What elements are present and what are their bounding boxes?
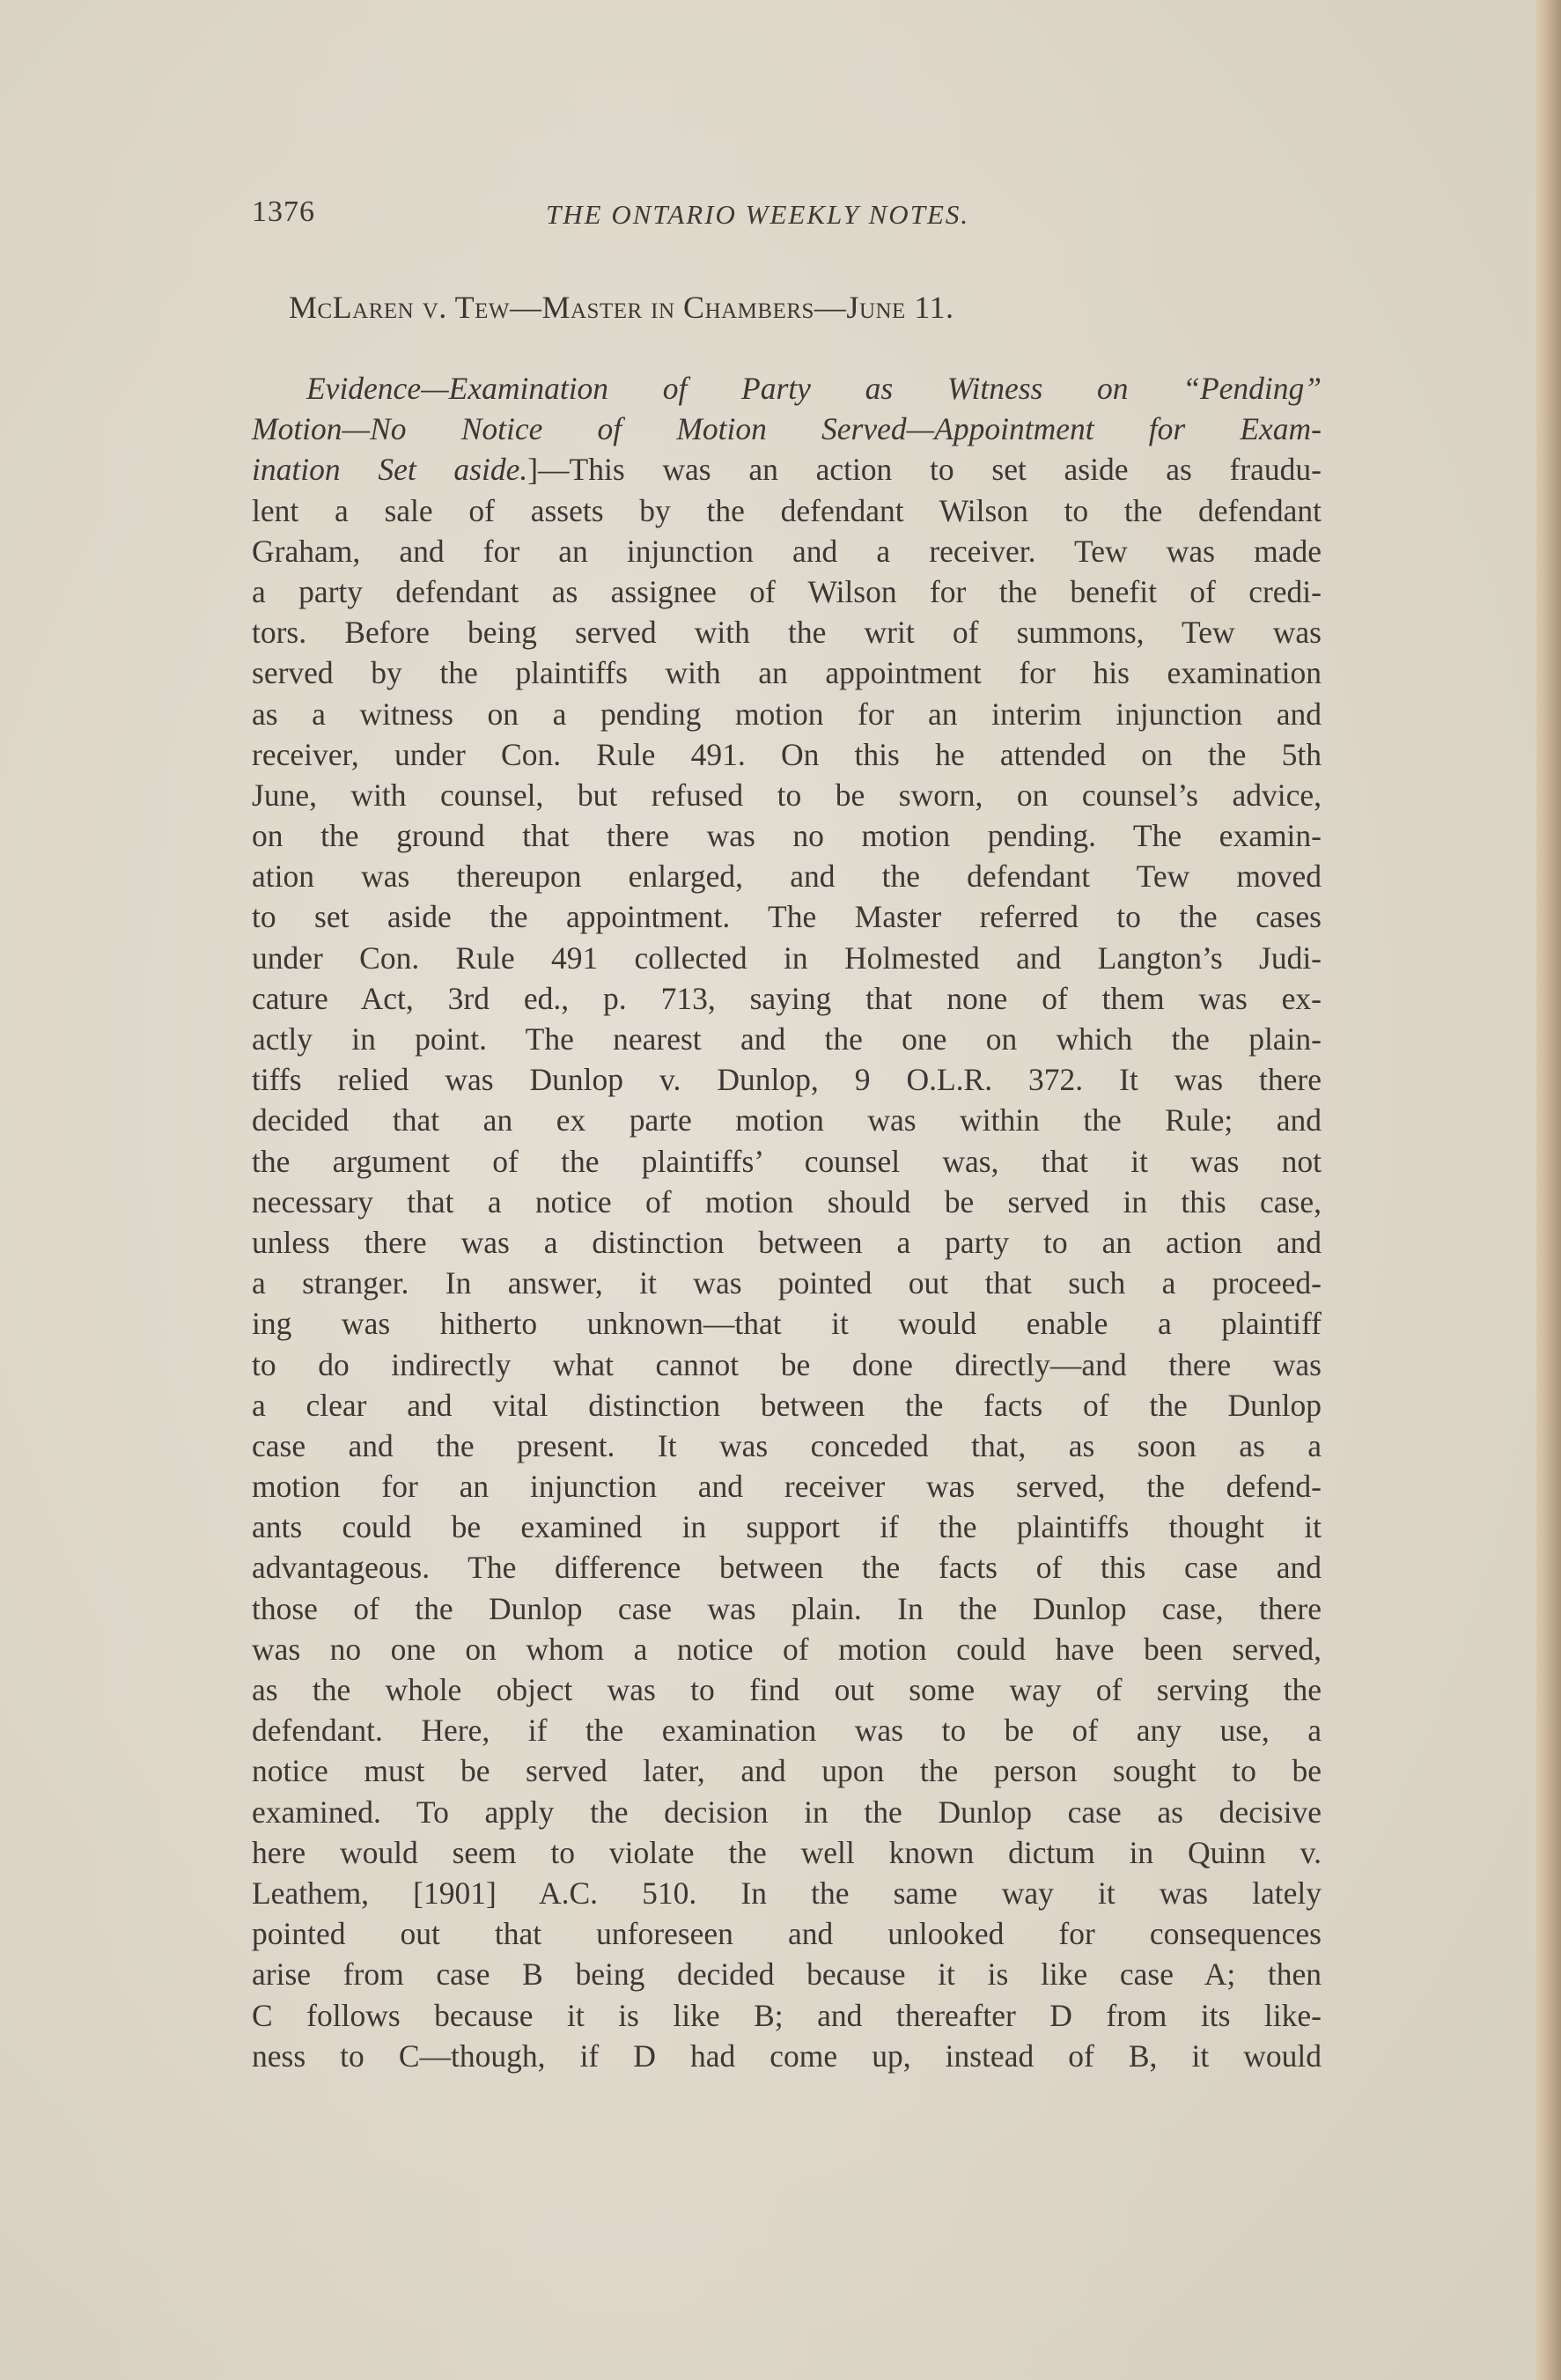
text-line: ing was hitherto unknown—that it would e… bbox=[252, 1303, 1322, 1344]
text-line: decided that an ex parte motion was with… bbox=[252, 1100, 1322, 1140]
text-line: notice must be served later, and upon th… bbox=[252, 1750, 1322, 1791]
text-line: those of the Dunlop case was plain. In t… bbox=[252, 1588, 1322, 1629]
text-line: a clear and vital distinction between th… bbox=[252, 1385, 1322, 1426]
text-line: necessary that a notice of motion should… bbox=[252, 1182, 1322, 1222]
journal-title: THE ONTARIO WEEKLY NOTES. bbox=[546, 199, 969, 231]
text-line: examined. To apply the decision in the D… bbox=[252, 1792, 1322, 1832]
text-line: ination Set aside.]—This was an action t… bbox=[252, 449, 1322, 490]
text-line: pointed out that unforeseen and unlooked… bbox=[252, 1913, 1322, 1954]
text-line: unless there was a distinction between a… bbox=[252, 1222, 1322, 1263]
text-line: C follows because it is like B; and ther… bbox=[252, 1995, 1322, 2036]
text-line: defendant. Here, if the examination was … bbox=[252, 1710, 1322, 1750]
text-line: advantageous. The difference between the… bbox=[252, 1547, 1322, 1588]
text-line: the argument of the plaintiffs’ counsel … bbox=[252, 1141, 1322, 1182]
text-line: actly in point. The nearest and the one … bbox=[252, 1019, 1322, 1059]
text-line: case and the present. It was conceded th… bbox=[252, 1426, 1322, 1466]
text-line: Graham, and for an injunction and a rece… bbox=[252, 531, 1322, 571]
text-line: motion for an injunction and receiver wa… bbox=[252, 1466, 1322, 1507]
text-line: arise from case B being decided because … bbox=[252, 1954, 1322, 1994]
running-head: 1376 THE ONTARIO WEEKLY NOTES. bbox=[252, 195, 1326, 239]
text-line: as the whole object was to find out some… bbox=[252, 1669, 1322, 1710]
text-line: under Con. Rule 491 collected in Holmest… bbox=[252, 938, 1322, 978]
text-line: tiffs relied was Dunlop v. Dunlop, 9 O.L… bbox=[252, 1059, 1322, 1100]
text-line: tors. Before being served with the writ … bbox=[252, 612, 1322, 652]
text-line: receiver, under Con. Rule 491. On this h… bbox=[252, 734, 1322, 775]
text-line: Evidence—Examination of Party as Witness… bbox=[252, 368, 1322, 409]
text-line: ness to C—though, if D had come up, inst… bbox=[252, 2036, 1322, 2076]
text-line: lent a sale of assets by the defendant W… bbox=[252, 490, 1322, 531]
text-line: to set aside the appointment. The Master… bbox=[252, 896, 1322, 937]
case-report-body: Evidence—Examination of Party as Witness… bbox=[252, 368, 1322, 2076]
text-line: was no one on whom a notice of motion co… bbox=[252, 1629, 1322, 1669]
text-line: ation was thereupon enlarged, and the de… bbox=[252, 856, 1322, 896]
case-heading: McLaren v. Tew—Master in Chambers—June 1… bbox=[289, 289, 1328, 326]
text-line: a party defendant as assignee of Wilson … bbox=[252, 571, 1322, 612]
text-line: a stranger. In answer, it was pointed ou… bbox=[252, 1263, 1322, 1303]
text-line: on the ground that there was no motion p… bbox=[252, 815, 1322, 856]
text-line: as a witness on a pending motion for an … bbox=[252, 694, 1322, 734]
text-line: cature Act, 3rd ed., p. 713, saying that… bbox=[252, 978, 1322, 1019]
text-line: to do indirectly what cannot be done dir… bbox=[252, 1345, 1322, 1385]
page-number: 1376 bbox=[252, 195, 315, 229]
text-line: Motion—No Notice of Motion Served—Appoin… bbox=[252, 409, 1322, 449]
text-line: Leathem, [1901] A.C. 510. In the same wa… bbox=[252, 1873, 1322, 1913]
text-line: ants could be examined in support if the… bbox=[252, 1507, 1322, 1547]
text-line: June, with counsel, but refused to be sw… bbox=[252, 775, 1322, 815]
text-line: here would seem to violate the well know… bbox=[252, 1832, 1322, 1873]
page-edge bbox=[1536, 0, 1561, 2380]
text-line: served by the plaintiffs with an appoint… bbox=[252, 652, 1322, 693]
